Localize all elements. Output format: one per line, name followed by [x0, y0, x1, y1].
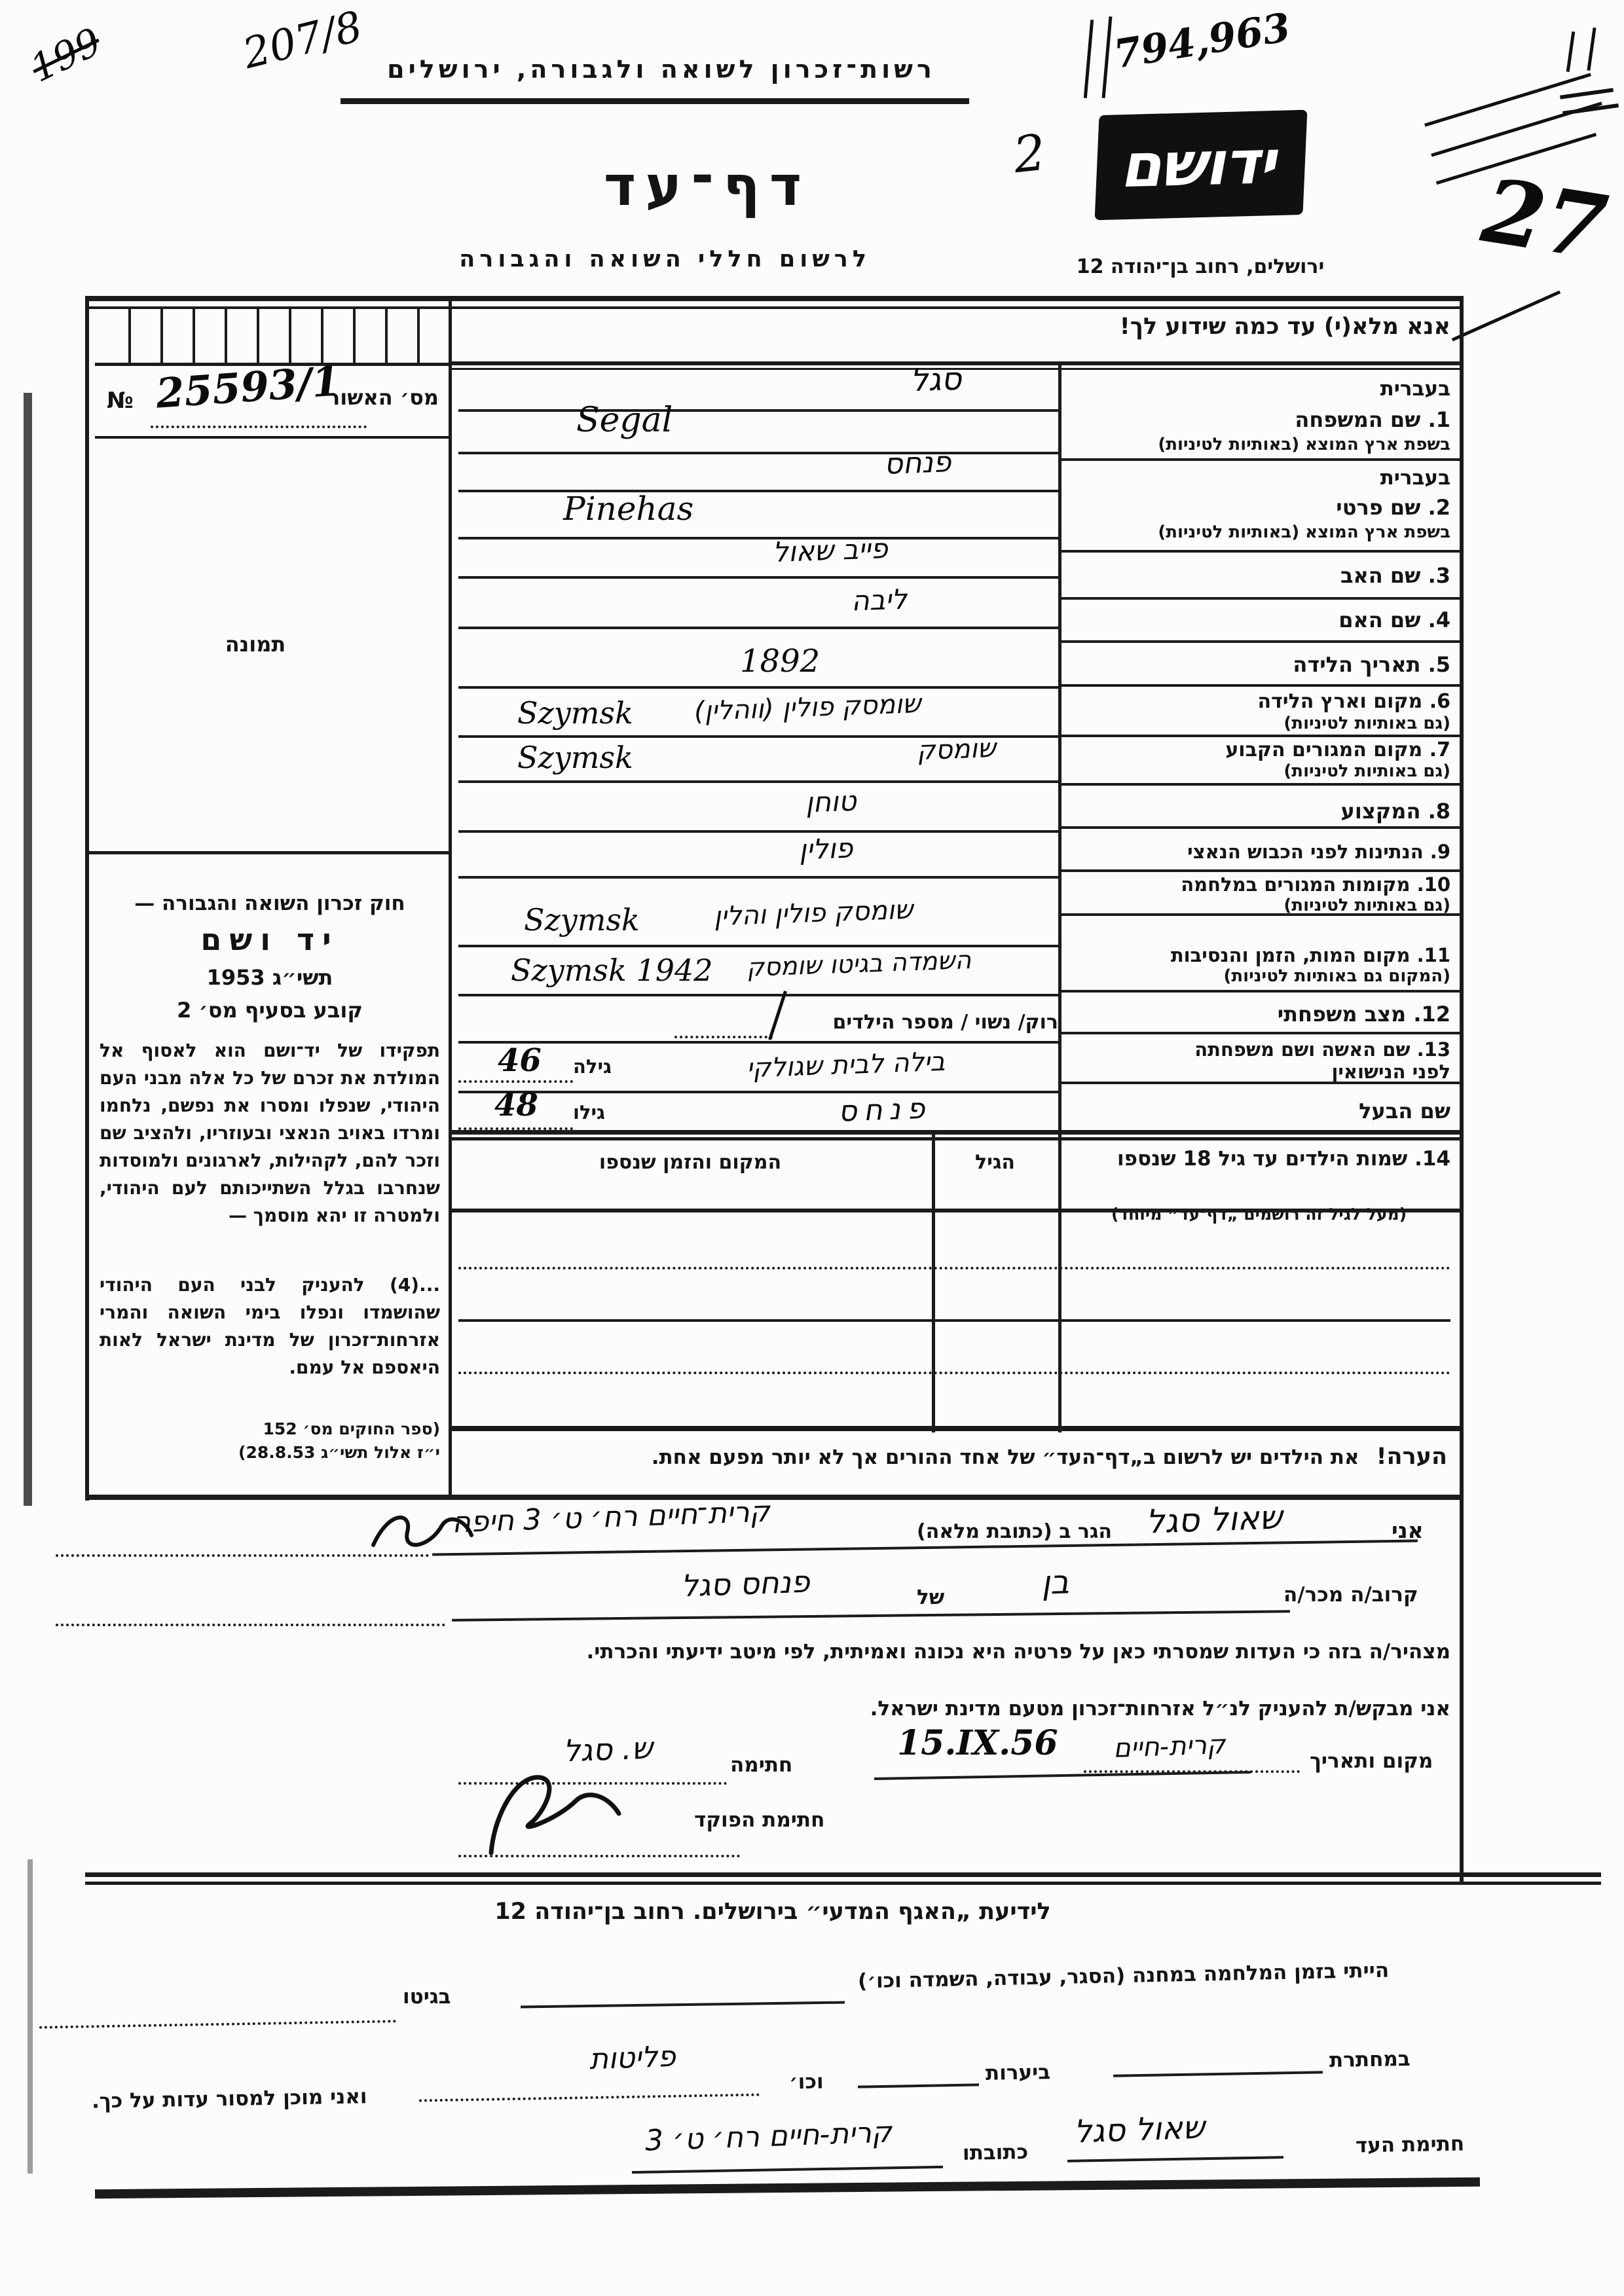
age-dotted-line	[458, 1127, 573, 1130]
form-border-top2	[85, 306, 1464, 309]
field14-label: 14. שמות הילדים עד גיל 18 שנספו	[1067, 1147, 1450, 1171]
address-bottom-handwritten: קרית-חיים רח׳ ט׳ 3	[644, 2115, 893, 2157]
children-note-bold: הערה!	[1376, 1444, 1447, 1470]
label-column-divider	[1058, 365, 1061, 1432]
writing-line	[458, 490, 1058, 492]
approval-row-line	[95, 436, 449, 439]
photo-placeholder-label: תמונה	[183, 632, 327, 657]
relative-label: קרוב/ה מכר/ה	[1283, 1583, 1418, 1607]
husband-label: שם הבעל	[1067, 1099, 1450, 1123]
field4-label: 4. שם האם	[1067, 608, 1450, 632]
witness-sig-underline	[1067, 2156, 1283, 2162]
of-label: של	[917, 1586, 944, 1609]
scribble-mark	[1431, 101, 1602, 156]
field1-sublabel: בשפת ארץ המוצא (באותיות לטיניות)	[1067, 435, 1450, 454]
writing-line	[458, 1091, 1058, 1093]
field3-value: פייב שאול	[772, 532, 888, 568]
place-handwritten: קרית-חיים	[1113, 1730, 1226, 1764]
relative-blank-dots	[56, 1624, 445, 1626]
law-source-line2: י״ז אלול תשי״ג 28.8.53)	[100, 1443, 440, 1462]
field10-sublabel: (גם באותיות לטיניות)	[1067, 896, 1450, 915]
underground-blank-line	[1113, 2071, 1323, 2077]
label-separator	[1058, 783, 1464, 786]
field2-sublabel: בשפת ארץ המוצא (באותיות לטיניות)	[1067, 522, 1450, 542]
field10-value-hebrew: שומסק פולין והלין	[713, 895, 913, 932]
field7-value-latin: Szymsk	[517, 740, 633, 775]
label-separator	[1058, 1082, 1464, 1084]
field14-sublabel: (מעל לגיל זה רושמים „דף־עד״ מיוחד)	[1067, 1205, 1450, 1224]
page-number-annotation: 27	[1476, 158, 1614, 280]
declarant-name-handwritten: שאול סגל	[1145, 1498, 1283, 1540]
declaration-blank-dots	[56, 1554, 429, 1557]
field9-value: פולין	[798, 832, 853, 866]
law-body-text: תפקידו של יד־ושם הוא לאסוף אל המולדת את …	[100, 1037, 440, 1230]
ruler-tick	[417, 306, 420, 363]
field7-value-hebrew: שומסק	[916, 733, 996, 766]
relation-handwritten: בן	[1041, 1563, 1070, 1601]
field10-value-latin: Szymsk	[524, 902, 640, 938]
form-border-right	[1460, 296, 1464, 1884]
label-separator	[1058, 913, 1464, 916]
ruler-tick	[257, 306, 259, 363]
registrar-dotted-line	[458, 1855, 740, 1857]
page-bottom-rule	[95, 2178, 1480, 2198]
field7-label: 7. מקום המגורים הקבוע	[1067, 738, 1450, 761]
field1-prelabel: בעברית	[1067, 377, 1450, 401]
testify-text: ואני מוכן למסור עדות על כך.	[92, 2085, 367, 2113]
witness-sig-bottom-handwritten: שאול סגל	[1073, 2109, 1206, 2151]
scan-edge-streak	[28, 1859, 33, 2174]
label-separator	[1058, 826, 1464, 829]
field6-value-latin: Szymsk	[517, 695, 633, 731]
field11-value-latin: Szymsk 1942	[511, 953, 713, 988]
field2-label: 2. שם פרטי	[1067, 495, 1450, 520]
label-separator	[1058, 1032, 1464, 1034]
page-of-testimony-scan: 199 207/8 794,963 2 27 רשות־זכרון לשואה …	[0, 0, 1624, 2296]
etc-blank-dots	[419, 2093, 760, 2102]
field5-label: 5. תאריך הלידה	[1067, 652, 1450, 677]
writing-line	[458, 686, 1058, 689]
scientific-branch-notice: לידיעת „האגף המדעי״ בירושלים. רחוב בן־יה…	[478, 1899, 1067, 1925]
law-title-1: חוק זכרון השואה והגבורה —	[100, 892, 440, 915]
children-row-line	[458, 1372, 1450, 1374]
field10-label: 10. מקומות המגורים במלחמה	[1067, 873, 1450, 896]
writing-line	[458, 1041, 1058, 1044]
place-date-label: מקום ותאריך	[1310, 1749, 1433, 1773]
ruler-tick	[225, 306, 227, 363]
writing-line	[458, 576, 1058, 579]
scribble-mark	[1587, 27, 1596, 71]
field1-label: 1. שם המשפחה	[1067, 407, 1450, 432]
law-title-2: יד ושם	[100, 922, 440, 957]
org-address: ירושלים, רחוב בן־יהודה 12	[1046, 255, 1354, 278]
children-col-place: המקום והזמן שנספו	[449, 1151, 932, 1174]
address-underline	[632, 2166, 943, 2174]
field8-label: 8. המקצוע	[1067, 799, 1450, 824]
field13-age-value: 46	[498, 1042, 542, 1079]
relative-of-handwritten: פנחס סגל	[680, 1564, 810, 1604]
scribble-mark	[1566, 31, 1576, 72]
scan-edge-streak	[24, 393, 32, 1506]
crossed-number-annotation: 199	[24, 19, 108, 91]
declaration-statement: מצהיר/ה בזה כי העדות שמסרתי כאן על פרטיה…	[458, 1640, 1450, 1664]
children-note: הערה!את הילדים יש לרשום ב„דף־העד״ של אחד…	[458, 1444, 1447, 1470]
husband-age-value: 48	[494, 1087, 538, 1123]
forests-label: ביערות	[986, 2060, 1051, 2085]
law-title-4: קובע בסעיף מס׳ 2	[100, 998, 440, 1023]
field11-value-hebrew: השמדה בגיטו שומסק	[746, 945, 971, 982]
writing-line	[458, 537, 1058, 539]
citizenship-request: אני מבקש/ת להעניק לנ״ל אזרחות־זכרון מטעם…	[458, 1697, 1450, 1721]
law-title-3: תשי״ג 1953	[100, 965, 440, 990]
yad-vashem-logo-text: יד ושם	[1114, 110, 1288, 218]
address-bottom-label: כתובתו	[963, 2140, 1029, 2165]
left-column-divider	[449, 296, 452, 1500]
etc-label: וכו׳	[789, 2070, 824, 2094]
children-table-top2	[449, 1137, 1464, 1140]
field13-sublabel: לפני הנישואין	[1067, 1061, 1450, 1083]
label-separator	[1058, 550, 1464, 553]
label-separator	[1058, 597, 1464, 600]
field13-label: 13. שם האשה ושם משפחתה	[1067, 1038, 1450, 1061]
photo-box-bottom	[85, 851, 451, 854]
ruler-tick	[385, 306, 388, 363]
scribble-mark	[1452, 291, 1560, 342]
form-subtitle: לרשום חללי השואה והגבורה	[544, 246, 871, 272]
underground-label: במחתרת	[1329, 2047, 1411, 2072]
field6-sublabel: (גם באותיות לטיניות)	[1067, 714, 1450, 733]
field2-value-hebrew: פנחס	[883, 445, 951, 481]
ruler-tick	[289, 306, 291, 363]
approval-dotted-line	[151, 426, 367, 428]
forests-blank-line	[858, 2083, 979, 2088]
org-underline	[341, 98, 969, 104]
writing-line	[458, 452, 1058, 454]
registrar-signature-label: חתימת הפוקד	[694, 1808, 824, 1832]
age-column-divider	[932, 1130, 935, 1432]
field6-label: 6. מקום וארץ הלידה	[1067, 690, 1450, 713]
field5-value: 1892	[740, 643, 820, 680]
yad-vashem-logo: יד ושם	[1095, 110, 1308, 221]
law-clause-text: ‏...(4) להעניק לבני העם היהודי שהושמדו ו…	[100, 1271, 440, 1381]
writing-line	[458, 876, 1058, 879]
field12-label: 12. מצב משפחתי	[1067, 1002, 1450, 1027]
scribble-mark	[1084, 20, 1094, 98]
ghetto-blank-dots	[39, 2020, 396, 2029]
field13-value: בילה לבית שגולקי	[746, 1047, 946, 1084]
relative-blank-line	[452, 1610, 1290, 1621]
signature-label: חתימה	[730, 1753, 792, 1777]
ruler-tick	[128, 306, 131, 363]
camp-blank-line	[521, 2001, 845, 2009]
field2-prelabel: בעברית	[1067, 466, 1450, 490]
field11-sublabel: (המקום גם באותיות לטיניות)	[1067, 966, 1450, 986]
ruler-tick	[160, 306, 163, 363]
husband-value: פנחס	[838, 1092, 932, 1129]
ghetto-label: בגיטו	[403, 1985, 451, 2009]
form-border-top	[85, 296, 1464, 301]
logo-side-number-annotation: 2	[1010, 123, 1048, 185]
scribble-mark	[1560, 88, 1614, 99]
date-underline	[874, 1771, 1251, 1780]
label-separator	[1058, 869, 1464, 872]
org-title: רשות־זכרון לשואה ולגבורה, ירושלים	[334, 55, 989, 84]
husband-age-label: גילו	[573, 1101, 605, 1123]
witness-sig-bottom-label: חתימת העד	[1356, 2132, 1465, 2158]
file-number-annotation: 794,963	[1111, 5, 1293, 78]
field8-value: טוחן	[805, 785, 857, 819]
field9-label: 9. הנתינות לפני הכבוש הנאצי	[1067, 841, 1450, 863]
section-double-rule2	[85, 1882, 1601, 1885]
etc-handwritten: פליטות	[589, 2040, 676, 2077]
writing-line	[458, 830, 1058, 833]
label-separator	[1058, 990, 1464, 993]
field6-value-hebrew: שומסק פולין (ווהלין)	[693, 689, 921, 727]
label-separator	[1058, 684, 1464, 687]
form-border-left	[85, 296, 89, 1501]
form-title: דף־עד	[593, 154, 822, 218]
children-row-line	[458, 1267, 1450, 1269]
ruler-tick	[353, 306, 356, 363]
children-table-bottom	[449, 1426, 1464, 1431]
children-col-age: הגיל	[932, 1151, 1058, 1174]
field1-value-latin: Segal	[576, 401, 673, 440]
children-count-dots	[674, 1036, 773, 1038]
label-separator	[1058, 735, 1464, 737]
ruler-tick	[321, 306, 323, 363]
approval-number-symbol: №	[107, 388, 134, 414]
field13-age-label: גילה	[573, 1055, 612, 1078]
field3-label: 3. שם האב	[1067, 563, 1450, 588]
scribble-mark	[1102, 16, 1113, 98]
fill-instruction: אנא מלא(י) עד כמה שידוע לך!	[1074, 314, 1450, 340]
writing-line	[458, 780, 1058, 783]
label-separator	[1058, 640, 1464, 643]
field11-label: 11. מקום המות, הזמן והנסיבות	[1067, 944, 1450, 966]
field4-value: ליבה	[851, 583, 908, 617]
writing-line	[458, 994, 1058, 996]
age-dotted-line	[458, 1080, 573, 1083]
section-double-rule	[85, 1872, 1601, 1877]
writing-line	[458, 627, 1058, 629]
ruler-tick	[193, 306, 195, 363]
date-handwritten: 15.IX.56	[897, 1723, 1058, 1763]
field2-value-latin: Pinehas	[563, 490, 693, 528]
war-camp-prefix: הייתי בזמן המלחמה במחנה (הסגר, עבודה, הש…	[858, 1959, 1390, 1994]
writing-line	[458, 409, 1058, 412]
children-header-bottom	[449, 1209, 1464, 1212]
registrar-signature-squiggle	[478, 1761, 661, 1859]
field7-sublabel: (גם באותיות לטיניות)	[1067, 761, 1450, 781]
declarant-resides-label: הגר ב (כתובת מלאה)	[917, 1520, 1112, 1543]
scribble-mark	[1424, 73, 1591, 126]
children-table-top	[449, 1130, 1464, 1135]
field1-value-hebrew: סגל	[910, 361, 962, 399]
law-source-line1: (ספר החוקים מס׳ 152	[100, 1419, 440, 1438]
declarant-address-handwritten: קרית־חיים רח׳ ט׳ 3 חיפה	[451, 1495, 770, 1540]
children-row-line	[458, 1319, 1450, 1322]
field1-number: 1.	[1428, 407, 1450, 432]
label-separator	[1058, 458, 1464, 461]
